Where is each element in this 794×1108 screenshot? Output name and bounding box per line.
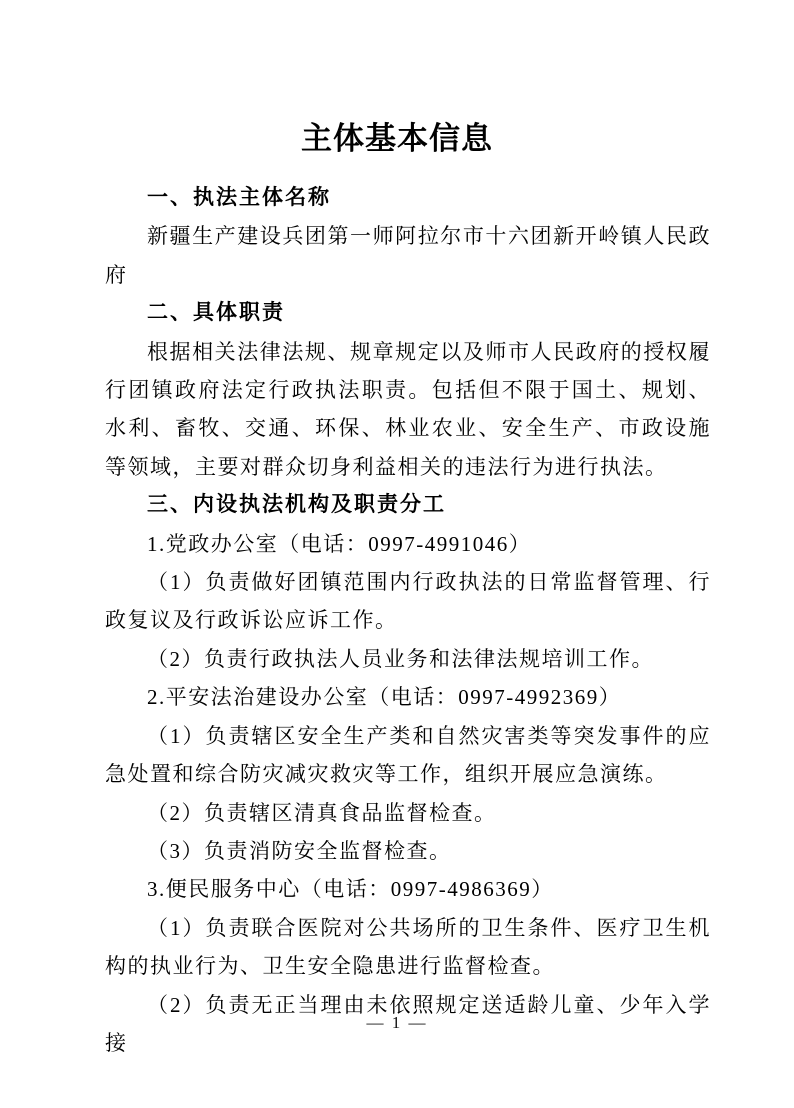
document-body: 一、执法主体名称 新疆生产建设兵团第一师阿拉尔市十六团新开岭镇人民政府 二、具体… xyxy=(105,179,711,1062)
page-number-footer: — 1 — xyxy=(0,1013,794,1033)
section-heading-3: 三、内设执法机构及职责分工 xyxy=(105,486,711,524)
office-1-duty-1: （1）负责做好团镇范围内行政执法的日常监督管理、行政复议及行政诉讼应诉工作。 xyxy=(105,563,711,640)
office-3-duty-1: （1）负责联合医院对公共场所的卫生条件、医疗卫生机构的执业行为、卫生安全隐患进行… xyxy=(105,909,711,986)
section-heading-1: 一、执法主体名称 xyxy=(105,179,711,217)
office-2-duty-2: （2）负责辖区清真食品监督检查。 xyxy=(105,794,711,832)
office-1-duty-2: （2）负责行政执法人员业务和法律法规培训工作。 xyxy=(105,640,711,678)
document-page: 主体基本信息 一、执法主体名称 新疆生产建设兵团第一师阿拉尔市十六团新开岭镇人民… xyxy=(0,0,794,1108)
office-2-title-line: 2.平安法治建设办公室（电话：0997-4992369） xyxy=(105,678,711,716)
page-title: 主体基本信息 xyxy=(0,119,794,159)
office-1-title-line: 1.党政办公室（电话：0997-4991046） xyxy=(105,525,711,563)
office-2-duty-1: （1）负责辖区安全生产类和自然灾害类等突发事件的应急处置和综合防灾减灾救灾等工作… xyxy=(105,717,711,794)
section-1-paragraph: 新疆生产建设兵团第一师阿拉尔市十六团新开岭镇人民政府 xyxy=(105,217,711,294)
section-2-paragraph: 根据相关法律法规、规章规定以及师市人民政府的授权履行团镇政府法定行政执法职责。包… xyxy=(105,333,711,487)
office-2-duty-3: （3）负责消防安全监督检查。 xyxy=(105,832,711,870)
office-3-title-line: 3.便民服务中心（电话：0997-4986369） xyxy=(105,870,711,908)
section-heading-2: 二、具体职责 xyxy=(105,294,711,332)
